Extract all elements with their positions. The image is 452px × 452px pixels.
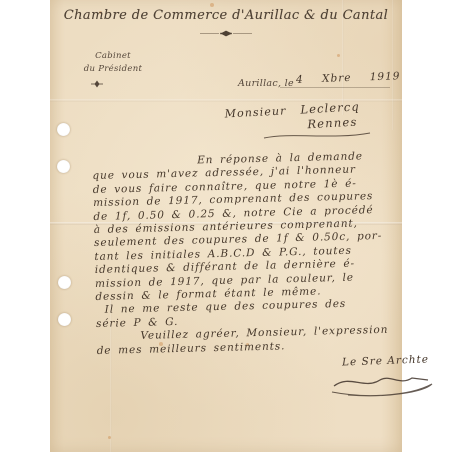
punch-hole [57,160,70,173]
scanned-letter-scene: Chambre de Commerce d'Aurillac & du Cant… [0,0,452,452]
dateline-rule [280,87,390,88]
punch-hole [57,123,70,136]
signature-flourish [328,370,438,402]
letterhead-title: Chambre de Commerce d'Aurillac & du Cant… [50,8,402,23]
fleuron-icon [90,80,104,88]
office-block: Cabinet du Président [70,50,156,76]
foxing-stain [108,436,111,439]
foxing-stain [337,54,340,57]
punch-hole [58,276,71,289]
closing-role: Le Sre Archte [342,353,429,368]
office-line1: Cabinet [70,50,156,63]
underline-flourish-icon [262,131,374,141]
foxing-stain [210,3,214,7]
recipient-salutation: Monsieur [224,104,286,120]
handwritten-date: 4 Xbre 1919 [296,70,401,86]
letter-paper: Chambre de Commerce d'Aurillac & du Cant… [50,0,402,452]
office-line2: du Président [70,63,156,76]
divider-ornament-icon [200,29,252,38]
punch-hole [58,313,71,326]
recipient-city: Rennes [307,114,361,131]
letter-body: En réponse à la demande que vous m'avez … [92,150,403,359]
